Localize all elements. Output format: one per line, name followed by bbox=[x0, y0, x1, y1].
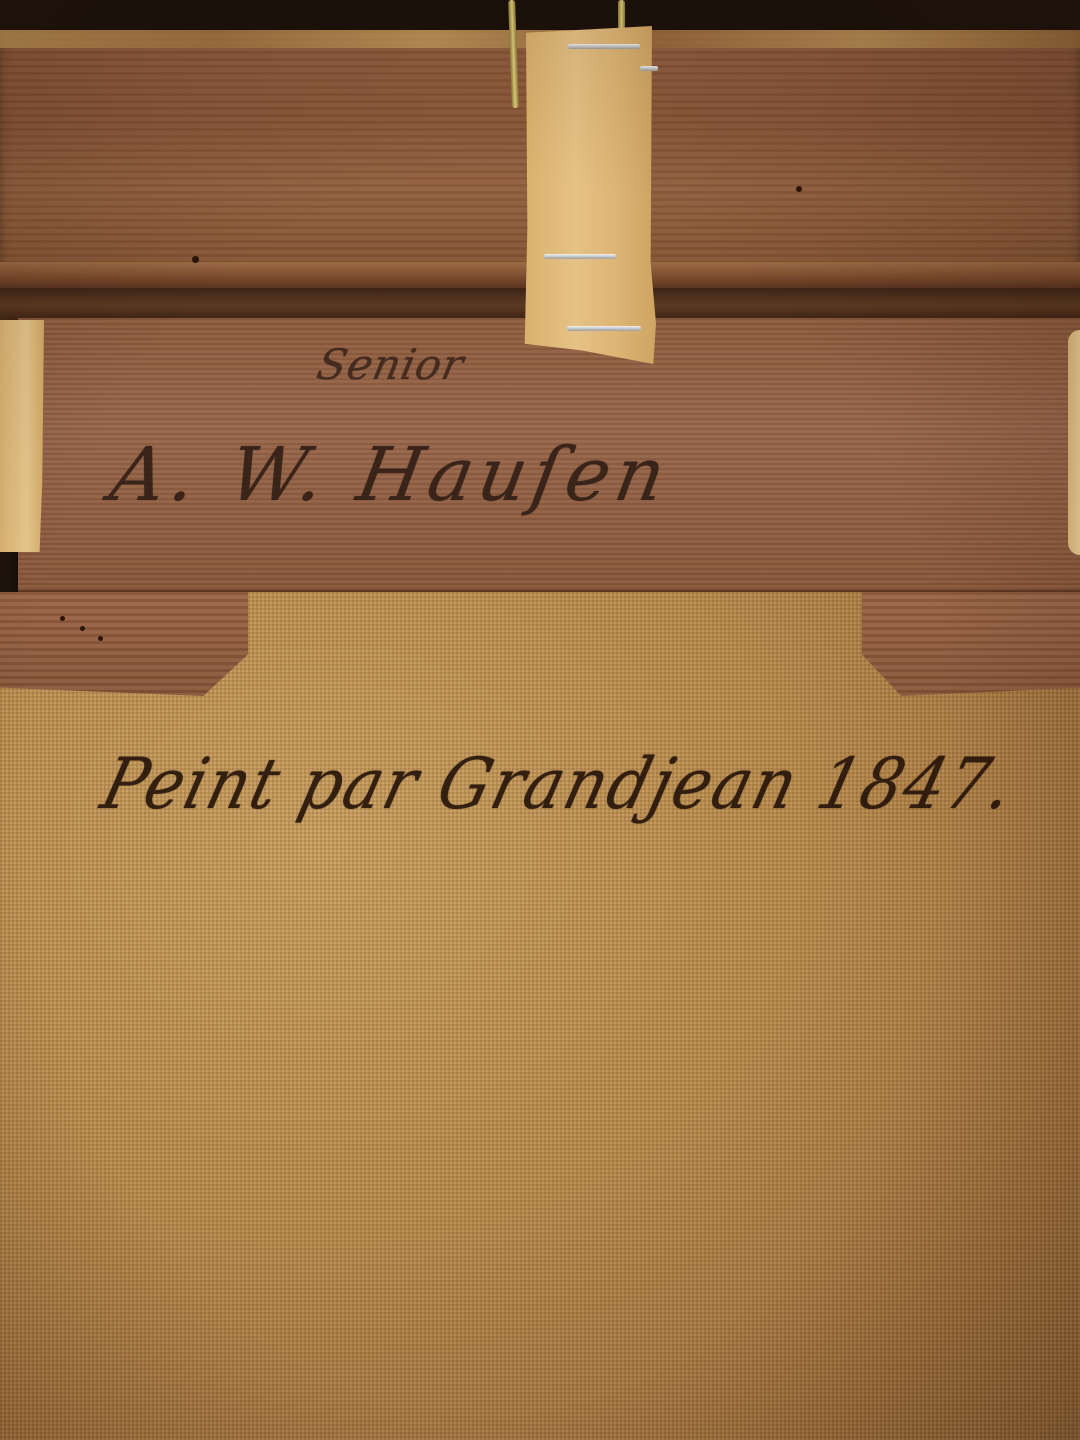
brass-hanger-wire-right bbox=[618, 0, 625, 30]
wood-speck bbox=[192, 256, 199, 263]
inscription-painter-signature: Peint par Grandjean 1847. bbox=[94, 744, 1023, 825]
leather-tab-left bbox=[0, 320, 44, 552]
staple bbox=[544, 254, 616, 259]
inscription-owner-name: A. W. Hauſen bbox=[104, 432, 677, 518]
dark-background bbox=[0, 0, 1080, 34]
wood-speck bbox=[796, 186, 802, 192]
leather-tab-right bbox=[1068, 330, 1080, 555]
staple bbox=[568, 44, 640, 49]
inscription-stretcher-line1: Senior bbox=[313, 340, 469, 389]
left-corner-key bbox=[0, 592, 248, 696]
right-corner-key bbox=[862, 592, 1080, 696]
wood-speck bbox=[80, 626, 85, 631]
canvas-reverse bbox=[0, 592, 1080, 1440]
wood-speck bbox=[60, 616, 65, 621]
painting-back-photo: Senior A. W. Hauſen Peint par Grandjean … bbox=[0, 0, 1080, 1440]
wood-speck bbox=[98, 636, 103, 641]
staple bbox=[640, 66, 658, 71]
staple bbox=[567, 326, 641, 331]
leather-hanging-strap bbox=[522, 26, 656, 364]
